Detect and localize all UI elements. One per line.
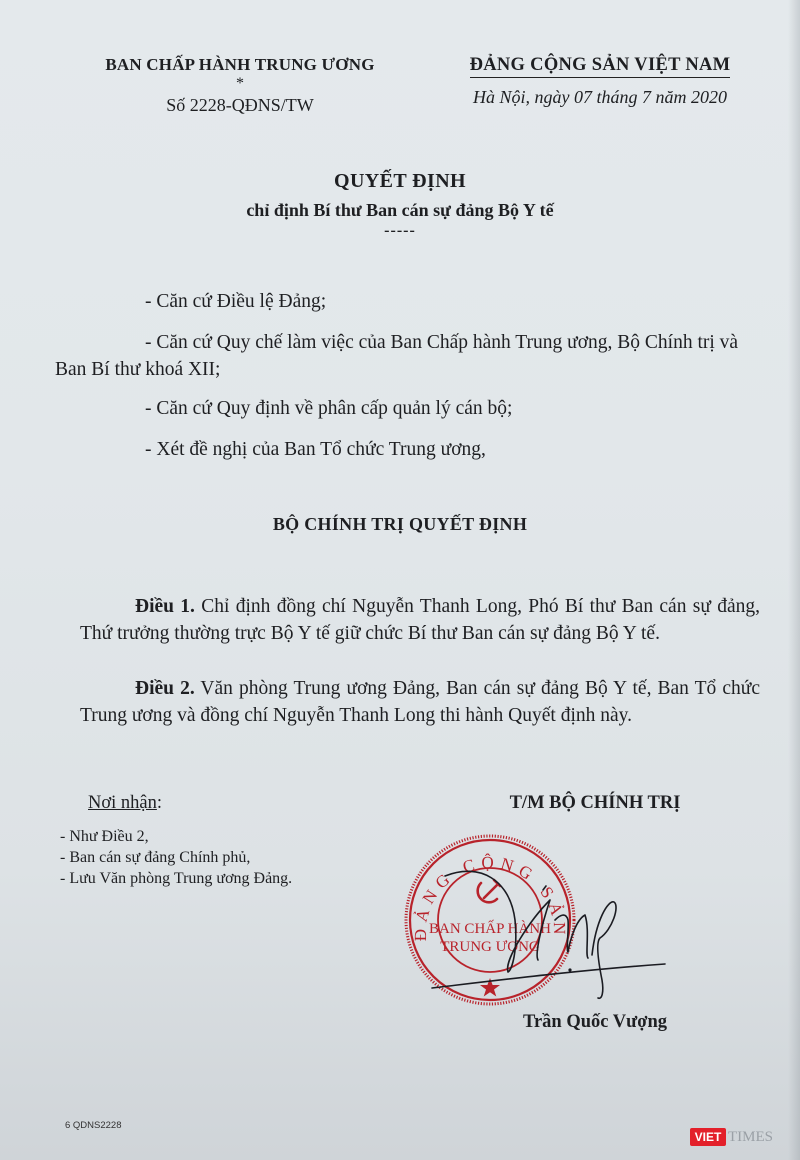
signer-name: Trần Quốc Vượng: [430, 1012, 760, 1033]
viettimes-watermark-logo: VIET TIMES: [690, 1124, 790, 1152]
recipients-block: Nơi nhận: - Như Điều 2, - Ban cán sự đản…: [60, 793, 390, 889]
footer-document-code: 6 QDNS2228: [65, 1120, 122, 1131]
article-label: Điều 1.: [135, 596, 195, 617]
signature-block: T/M BỘ CHÍNH TRỊ: [430, 793, 760, 814]
issuer-name: BAN CHẤP HÀNH TRUNG ƯƠNG: [60, 55, 420, 75]
recipient-item: - Lưu Văn phòng Trung ương Đảng.: [60, 868, 390, 889]
article-label: Điều 2.: [135, 678, 195, 699]
decision-heading: BỘ CHÍNH TRỊ QUYẾT ĐỊNH: [0, 514, 800, 535]
place-date: Hà Nội, ngày 07 tháng 7 năm 2020: [430, 87, 770, 108]
handwritten-signature: [420, 860, 670, 1010]
document-page: BAN CHẤP HÀNH TRUNG ƯƠNG * Số 2228-QĐNS/…: [0, 0, 800, 1160]
basis-item: - Căn cứ Quy định về phân cấp quản lý cá…: [100, 395, 750, 422]
basis-text: - Xét đề nghị của Ban Tổ chức Trung ương…: [100, 436, 750, 463]
basis-text: - Căn cứ Điều lệ Đảng;: [100, 288, 750, 315]
header-issuer-block: BAN CHẤP HÀNH TRUNG ƯƠNG * Số 2228-QĐNS/…: [60, 55, 420, 116]
party-name: ĐẢNG CỘNG SẢN VIỆT NAM: [470, 55, 731, 78]
basis-item: - Xét đề nghị của Ban Tổ chức Trung ương…: [100, 436, 750, 463]
issuer-star: *: [60, 77, 420, 91]
basis-item: - Căn cứ Quy chế làm việc của Ban Chấp h…: [100, 329, 750, 383]
recipients-colon: :: [157, 793, 162, 813]
document-number: Số 2228-QĐNS/TW: [60, 95, 420, 116]
recipient-item: - Ban cán sự đảng Chính phủ,: [60, 847, 390, 868]
signing-authority: T/M BỘ CHÍNH TRỊ: [430, 793, 760, 814]
basis-text: - Căn cứ Quy chế làm việc của Ban Chấp h…: [55, 329, 745, 383]
logo-brand-text: TIMES: [728, 1128, 773, 1146]
recipient-item: - Như Điều 2,: [60, 826, 390, 847]
document-subtitle: chỉ định Bí thư Ban cán sự đảng Bộ Y tế: [0, 200, 800, 221]
article-1: Điều 1. Chỉ định đồng chí Nguyễn Thanh L…: [80, 593, 760, 647]
title-separator: -----: [0, 222, 800, 240]
header-party-block: ĐẢNG CỘNG SẢN VIỆT NAM Hà Nội, ngày 07 t…: [430, 55, 770, 108]
logo-brand-box: VIET: [690, 1128, 726, 1146]
article-2: Điều 2. Văn phòng Trung ương Đảng, Ban c…: [80, 675, 760, 729]
basis-item: - Căn cứ Điều lệ Đảng;: [100, 288, 750, 315]
basis-text: - Căn cứ Quy định về phân cấp quản lý cá…: [100, 395, 750, 422]
recipients-label: Nơi nhận: [88, 793, 157, 813]
document-title: QUYẾT ĐỊNH: [0, 170, 800, 193]
